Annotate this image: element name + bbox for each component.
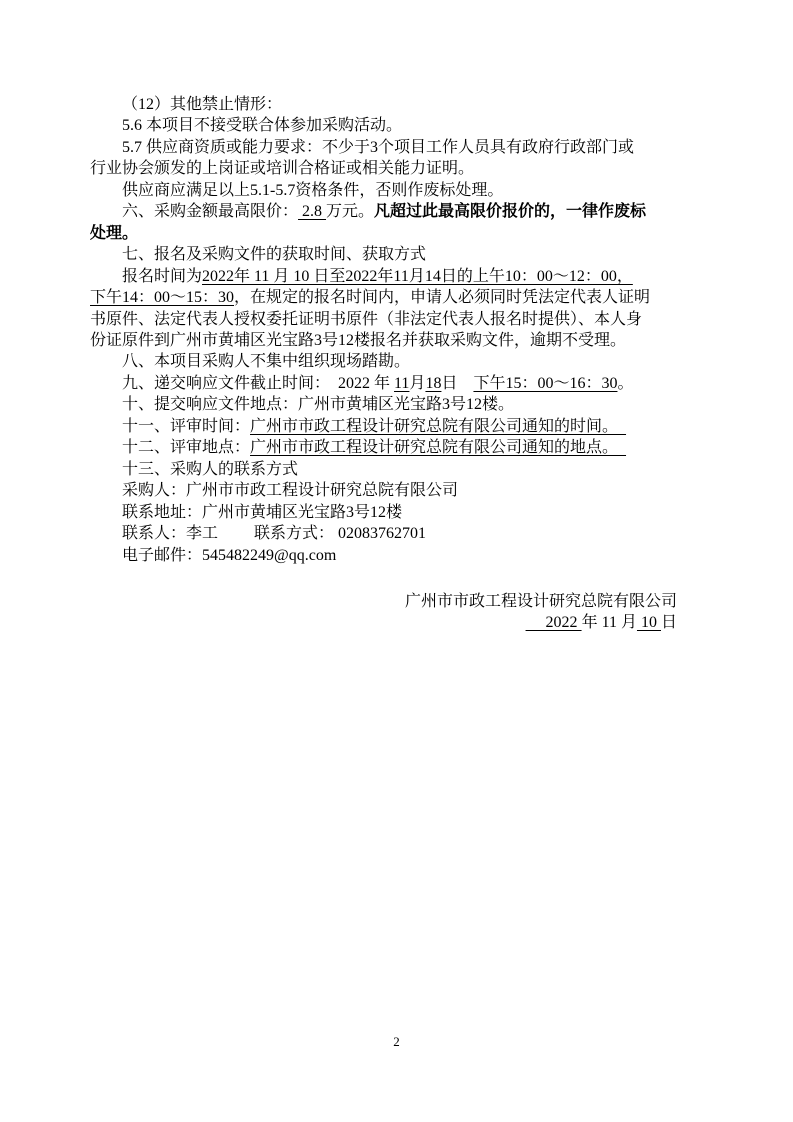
underlined-value: 2022年 11 月 10 日至2022年11月14日的上午10：00～12：0… [202, 268, 633, 285]
section-9-deadline: 九、递交响应文件截止时间： 2022 年 11月18日 下午15：00～16：3… [90, 373, 693, 394]
text-run: 行业协会颁发的上岗证或培训合格证或相关能力证明。 [90, 160, 474, 177]
text-run: 八、本项目采购人不集中组织现场踏勘。 [122, 353, 410, 370]
clause-5-7-line-2: 行业协会颁发的上岗证或培训合格证或相关能力证明。 [90, 158, 693, 179]
document-body: （12）其他禁止情形：5.6 本项目不接受联合体参加采购活动。5.7 供应商资质… [90, 94, 693, 566]
clause-12-other-prohibitions: （12）其他禁止情形： [90, 94, 693, 115]
signature-date: 2022 年 11 月 10 日 [90, 612, 677, 633]
text-run: （12）其他禁止情形： [122, 96, 282, 113]
signature-block: 广州市市政工程设计研究总院有限公司 2022 年 11 月 10 日 [90, 591, 677, 634]
text-run: 六、采购金额最高限价： [122, 203, 298, 220]
underlined-value: 18 [425, 375, 441, 392]
section-7-heading: 七、报名及采购文件的获取时间、获取方式 [90, 244, 693, 265]
underlined-value: 广州市市政工程设计研究总院有限公司通知的时间。 [250, 418, 626, 435]
section-7-time-line-3: 书原件、法定代表人授权委托证明书原件（非法定代表人报名时提供）、本人身 [90, 309, 693, 330]
text-run: 。 [617, 375, 633, 392]
clause-5-qualification-note: 供应商应满足以上5.1-5.7资格条件，否则作废标处理。 [90, 180, 693, 201]
section-7-time-line-4: 份证原件到广州市黄埔区光宝路3号12楼报名并获取采购文件，逾期不受理。 [90, 330, 693, 351]
underlined-value: 10 [637, 614, 661, 631]
text-run: 电子邮件：545482249@qq.com [122, 547, 336, 564]
section-12-review-location: 十二、评审地点：广州市市政工程设计研究总院有限公司通知的地点。 [90, 437, 693, 458]
section-6-price-cap-line-2: 处理。 [90, 223, 693, 244]
text-run: 十一、评审时间： [122, 418, 250, 435]
text-run: 联系人：李工 联系方式： 02083762701 [122, 525, 426, 542]
page-number: 2 [0, 1034, 793, 1050]
text-run: 年 11 月 [582, 614, 637, 631]
section-7-time-line-1: 报名时间为2022年 11 月 10 日至2022年11月14日的上午10：00… [90, 266, 693, 287]
text-run: 书原件、法定代表人授权委托证明书原件（非法定代表人报名时提供）、本人身 [90, 311, 642, 328]
underlined-value: 2022 [526, 614, 582, 631]
section-6-price-cap-line-1: 六、采购金额最高限价： 2.8 万元。凡超过此最高限价报价的，一律作废标 [90, 201, 693, 222]
text-run: 十、提交响应文件地点：广州市黄埔区光宝路3号12楼。 [122, 396, 514, 413]
text-run: 日 [661, 614, 677, 631]
clause-5-7-line-1: 5.7 供应商资质或能力要求：不少于3个项目工作人员具有政府行政部门或 [90, 137, 693, 158]
contact-purchaser: 采购人：广州市市政工程设计研究总院有限公司 [90, 480, 693, 501]
section-11-review-time: 十一、评审时间：广州市市政工程设计研究总院有限公司通知的时间。 [90, 416, 693, 437]
underlined-value: 11 [394, 375, 409, 392]
document-page: （12）其他禁止情形：5.6 本项目不接受联合体参加采购活动。5.7 供应商资质… [0, 0, 793, 1122]
text-run: 供应商应满足以上5.1-5.7资格条件，否则作废标处理。 [122, 182, 503, 199]
bold-text: 凡超过此最高限价报价的，一律作废标 [374, 203, 646, 220]
section-10-location: 十、提交响应文件地点：广州市黄埔区光宝路3号12楼。 [90, 394, 693, 415]
underlined-value: 下午14：00～15：30 [90, 289, 234, 306]
contact-person-phone: 联系人：李工 联系方式： 02083762701 [90, 523, 693, 544]
text-run: 十三、采购人的联系方式 [122, 461, 298, 478]
clause-5-6: 5.6 本项目不接受联合体参加采购活动。 [90, 115, 693, 136]
underlined-value: 广州市市政工程设计研究总院有限公司通知的地点。 [250, 439, 626, 456]
section-8-site-visit: 八、本项目采购人不集中组织现场踏勘。 [90, 351, 693, 372]
text-run: 月 [409, 375, 425, 392]
text-run: 广州市市政工程设计研究总院有限公司 [405, 593, 677, 610]
contact-address: 联系地址：广州市黄埔区光宝路3号12楼 [90, 502, 693, 523]
text-run: 九、递交响应文件截止时间： 2022 年 [122, 375, 394, 392]
text-run: 七、报名及采购文件的获取时间、获取方式 [122, 246, 426, 263]
text-run: 报名时间为 [122, 268, 202, 285]
section-7-time-line-2: 下午14：00～15：30，在规定的报名时间内，申请人必须同时凭法定代表人证明 [90, 287, 693, 308]
text-run: 万元。 [326, 203, 374, 220]
text-run: 份证原件到广州市黄埔区光宝路3号12楼报名并获取采购文件，逾期不受理。 [90, 332, 626, 349]
text-run: ，在规定的报名时间内，申请人必须同时凭法定代表人证明 [234, 289, 650, 306]
section-13-contact-heading: 十三、采购人的联系方式 [90, 459, 693, 480]
text-run: 联系地址：广州市黄埔区光宝路3号12楼 [122, 504, 402, 521]
underlined-value: 下午15：00～16：30 [473, 375, 617, 392]
underlined-value: 2.8 [298, 203, 326, 220]
text-run: 采购人：广州市市政工程设计研究总院有限公司 [122, 482, 458, 499]
signature-company: 广州市市政工程设计研究总院有限公司 [90, 591, 677, 612]
contact-email: 电子邮件：545482249@qq.com [90, 545, 693, 566]
text-run: 5.7 供应商资质或能力要求：不少于3个项目工作人员具有政府行政部门或 [122, 139, 634, 156]
text-run: 十二、评审地点： [122, 439, 250, 456]
text-run: 5.6 本项目不接受联合体参加采购活动。 [122, 117, 402, 134]
bold-text: 处理。 [90, 225, 138, 242]
text-run: 日 [441, 375, 473, 392]
